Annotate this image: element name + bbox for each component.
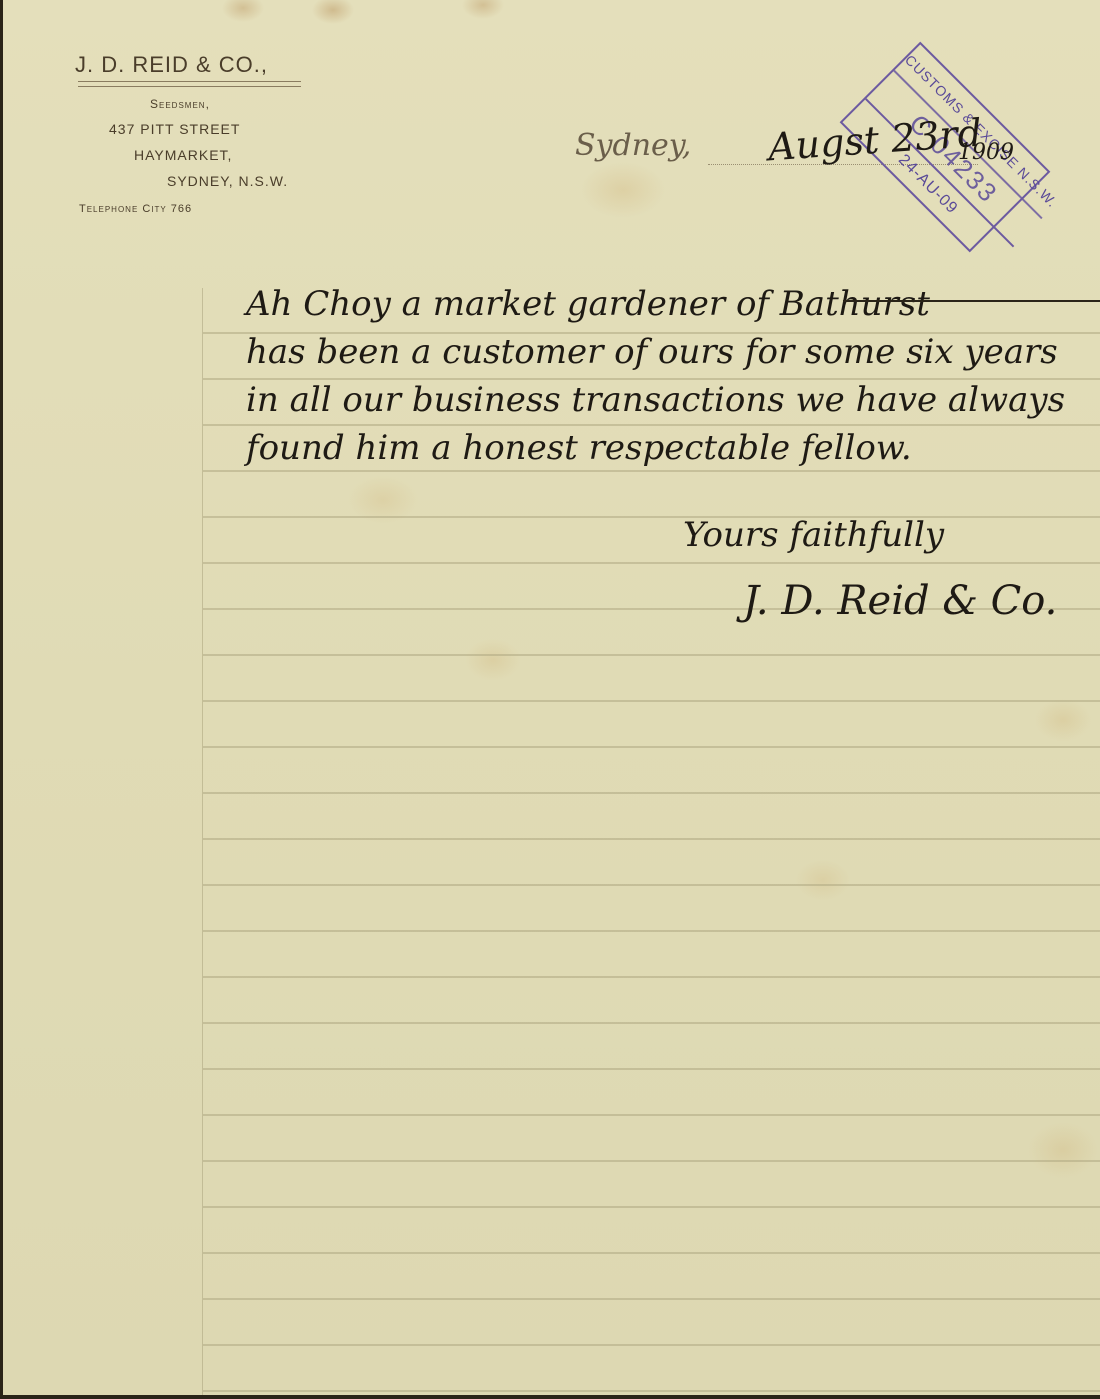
- body-line-2: has been a customer of ours for some six…: [246, 332, 1058, 372]
- body-line-3: in all our business transactions we have…: [246, 380, 1065, 420]
- letterhead-double-rule: [78, 81, 301, 87]
- company-name: J. D. REID & CO.,: [75, 52, 268, 78]
- body-line-4: found him a honest respectable fellow.: [246, 428, 912, 468]
- company-suburb: HAYMARKET,: [134, 147, 232, 163]
- body-line-1: Ah Choy a market gardener of Bathurst: [246, 284, 930, 324]
- company-street: 437 PITT STREET: [109, 121, 240, 137]
- underline-stroke: [843, 300, 1100, 302]
- dateline-place: Sydney,: [575, 128, 691, 163]
- handwritten-year: 1909: [958, 140, 1014, 165]
- signature: J. D. Reid & Co.: [743, 578, 1057, 624]
- letter-paper: J. D. REID & CO., Seedsmen, 437 PITT STR…: [3, 0, 1100, 1395]
- company-telephone: Telephone City 766: [79, 203, 192, 215]
- company-trade: Seedsmen,: [150, 97, 210, 111]
- closing: Yours faithfully: [683, 515, 944, 555]
- company-city: SYDNEY, N.S.W.: [167, 173, 288, 189]
